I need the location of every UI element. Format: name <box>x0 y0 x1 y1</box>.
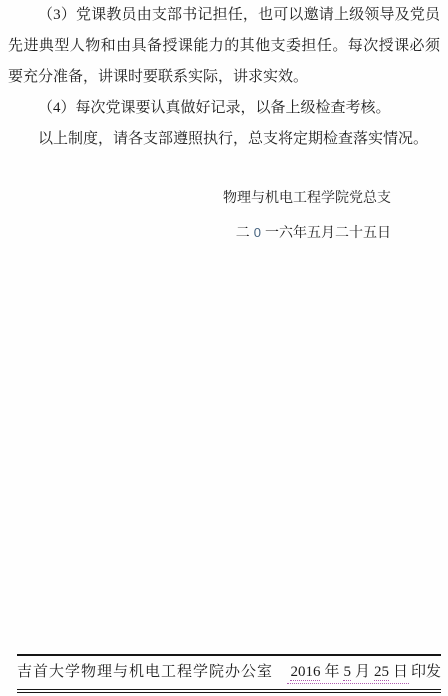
footer-day-unit: 日 <box>393 664 408 680</box>
signature-date-part-pre: 二 <box>236 226 250 241</box>
footer-month-number: 5 <box>343 664 351 681</box>
footer-issuing-office: 吉首大学物理与机电工程学院办公室 <box>17 660 273 681</box>
signature-date: 二0一六年五月二十五日 <box>223 216 391 251</box>
document-page: （3）党课教员由支部书记担任，也可以邀请上级领导及党员先进典型人物和由具备授课能… <box>0 0 448 696</box>
closing-paragraph: 以上制度，请各支部遵照执行，总支将定期检查落实情况。 <box>8 124 440 155</box>
signature-block: 物理与机电工程学院党总支 二0一六年五月二十五日 <box>223 182 391 251</box>
footer-day-number: 25 <box>374 664 389 681</box>
signature-date-part-post: 一六年五月二十五日 <box>265 226 391 241</box>
signature-date-zero: 0 <box>254 225 261 240</box>
footer-print-date: 2016年5月25日印发 <box>287 660 441 684</box>
footer-month-unit: 月 <box>355 664 370 680</box>
footer-year-unit: 年 <box>324 664 339 680</box>
footer-colophon: 吉首大学物理与机电工程学院办公室 2016年5月25日印发 <box>17 654 441 693</box>
issuing-organization: 物理与机电工程学院党总支 <box>223 182 391 216</box>
footer-action-label: 印发 <box>411 664 441 680</box>
document-body: （3）党课教员由支部书记担任，也可以邀请上级领导及党员先进典型人物和由具备授课能… <box>8 0 440 155</box>
paragraph-item-4: （4）每次党课要认真做好记录，以备上级检查考核。 <box>8 93 440 124</box>
footer-year-number: 2016 <box>290 664 320 681</box>
footer-print-date-underlined: 2016年5月25日 <box>287 660 409 684</box>
paragraph-item-3: （3）党课教员由支部书记担任，也可以邀请上级领导及党员先进典型人物和由具备授课能… <box>8 0 440 93</box>
